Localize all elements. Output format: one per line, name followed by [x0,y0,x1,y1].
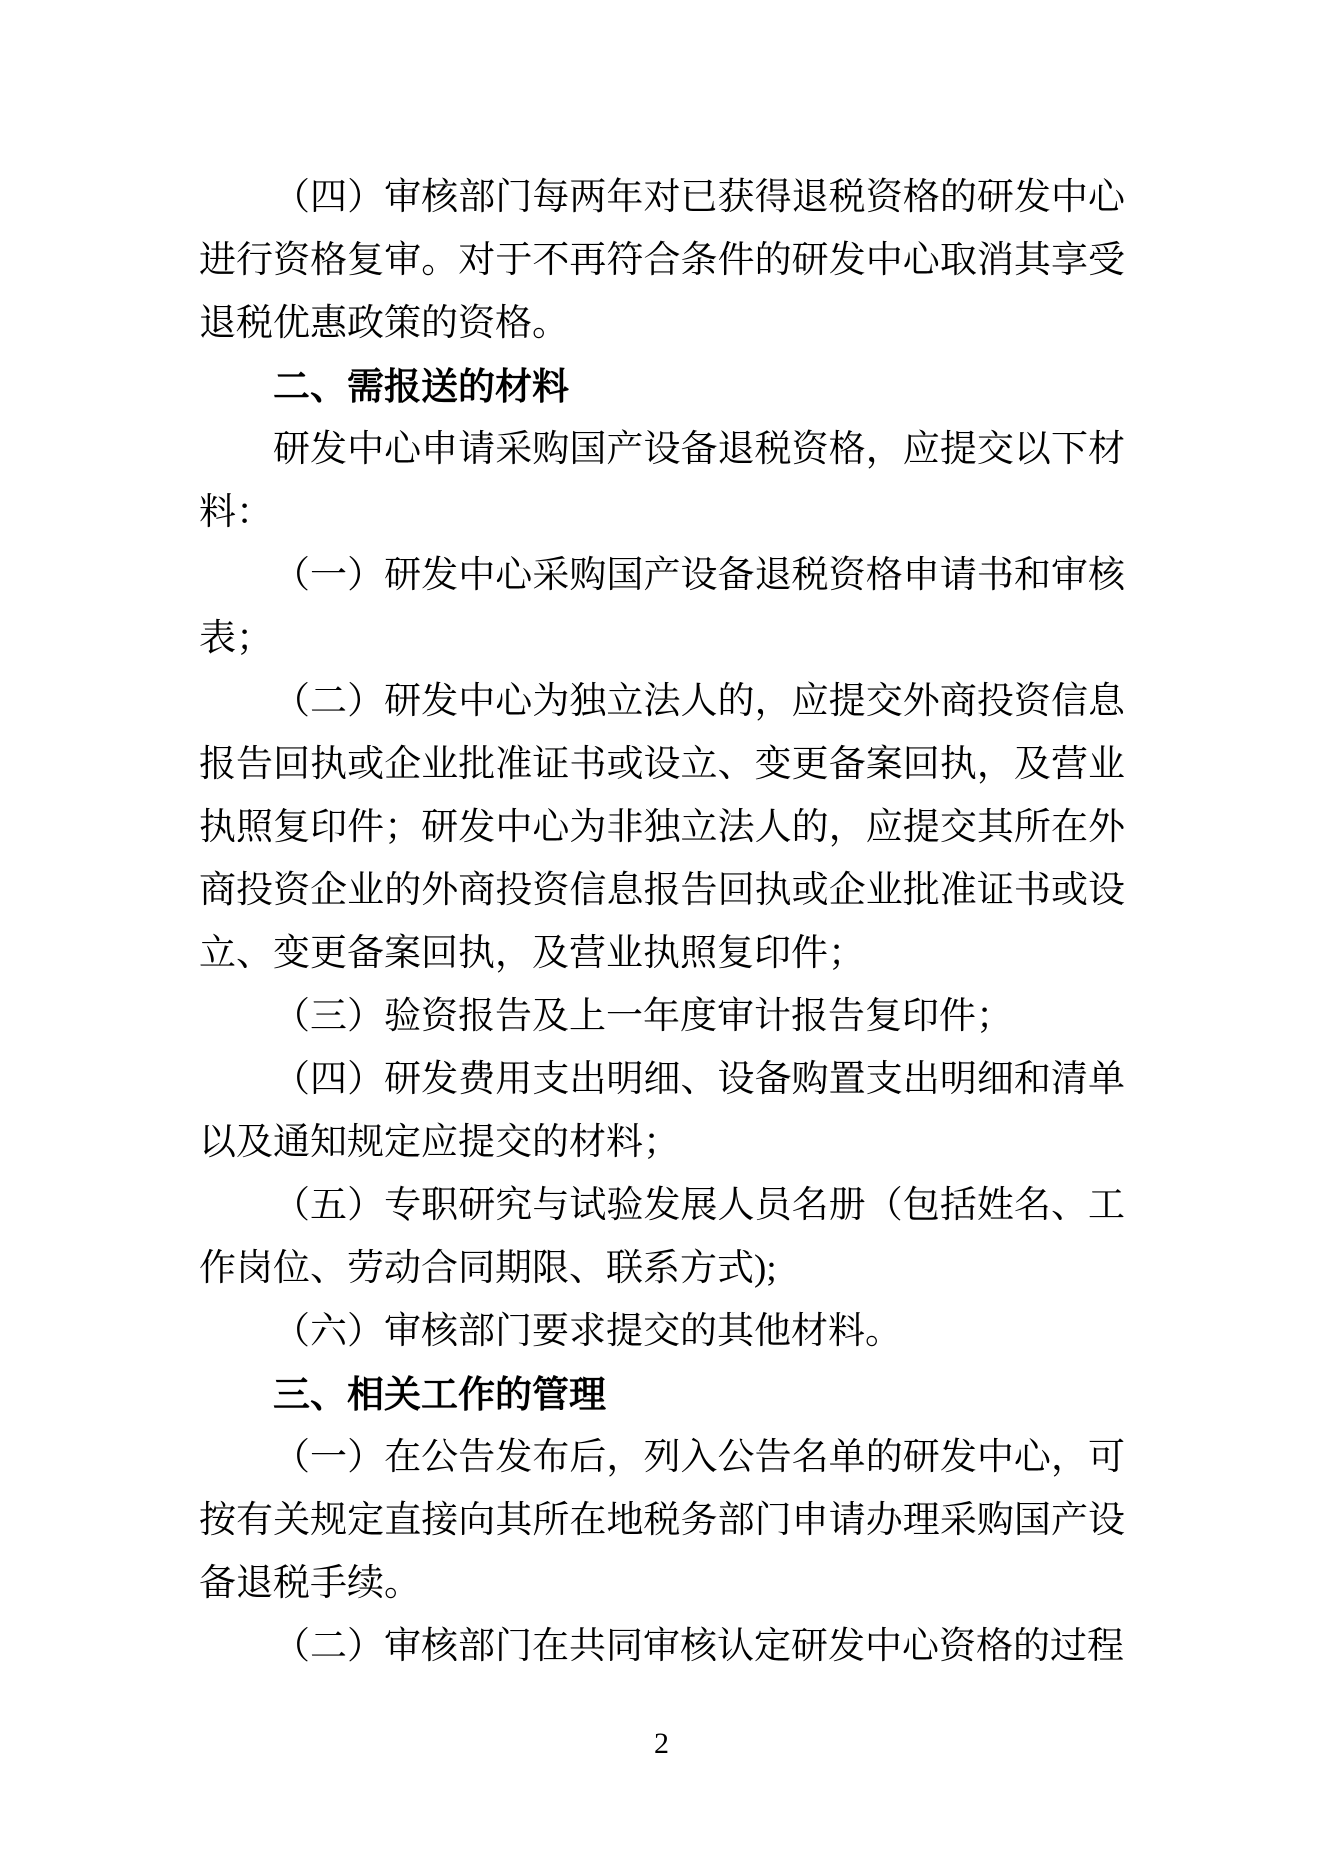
paragraph-material-6: （六）审核部门要求提交的其他材料。 [199,1300,1125,1363]
paragraph-material-5: （五）专职研究与试验发展人员名册（包括姓名、工作岗位、劳动合同期限、联系方式); [199,1174,1125,1300]
section-heading-2-materials: 二、需报送的材料 [199,355,1125,418]
paragraph-item-4-review: （四）审核部门每两年对已获得退税资格的研发中心进行资格复审。对于不再符合条件的研… [199,166,1125,355]
paragraph-material-3: （三）验资报告及上一年度审计报告复印件； [199,985,1125,1048]
document-page: （四）审核部门每两年对已获得退税资格的研发中心进行资格复审。对于不再符合条件的研… [0,0,1323,1871]
section-heading-3-management: 三、相关工作的管理 [199,1363,1125,1426]
page-number: 2 [654,1727,669,1760]
paragraph-materials-intro: 研发中心申请采购国产设备退税资格，应提交以下材料： [199,418,1125,544]
paragraph-management-2: （二）审核部门在共同审核认定研发中心资格的过程 [199,1615,1125,1678]
paragraph-material-2: （二）研发中心为独立法人的，应提交外商投资信息报告回执或企业批准证书或设立、变更… [199,670,1125,985]
paragraph-management-1: （一）在公告发布后，列入公告名单的研发中心，可按有关规定直接向其所在地税务部门申… [199,1426,1125,1615]
document-body: （四）审核部门每两年对已获得退税资格的研发中心进行资格复审。对于不再符合条件的研… [199,166,1125,1678]
page-footer: 2 [0,1722,1323,1766]
paragraph-material-4: （四）研发费用支出明细、设备购置支出明细和清单以及通知规定应提交的材料； [199,1048,1125,1174]
paragraph-material-1: （一）研发中心采购国产设备退税资格申请书和审核表； [199,544,1125,670]
